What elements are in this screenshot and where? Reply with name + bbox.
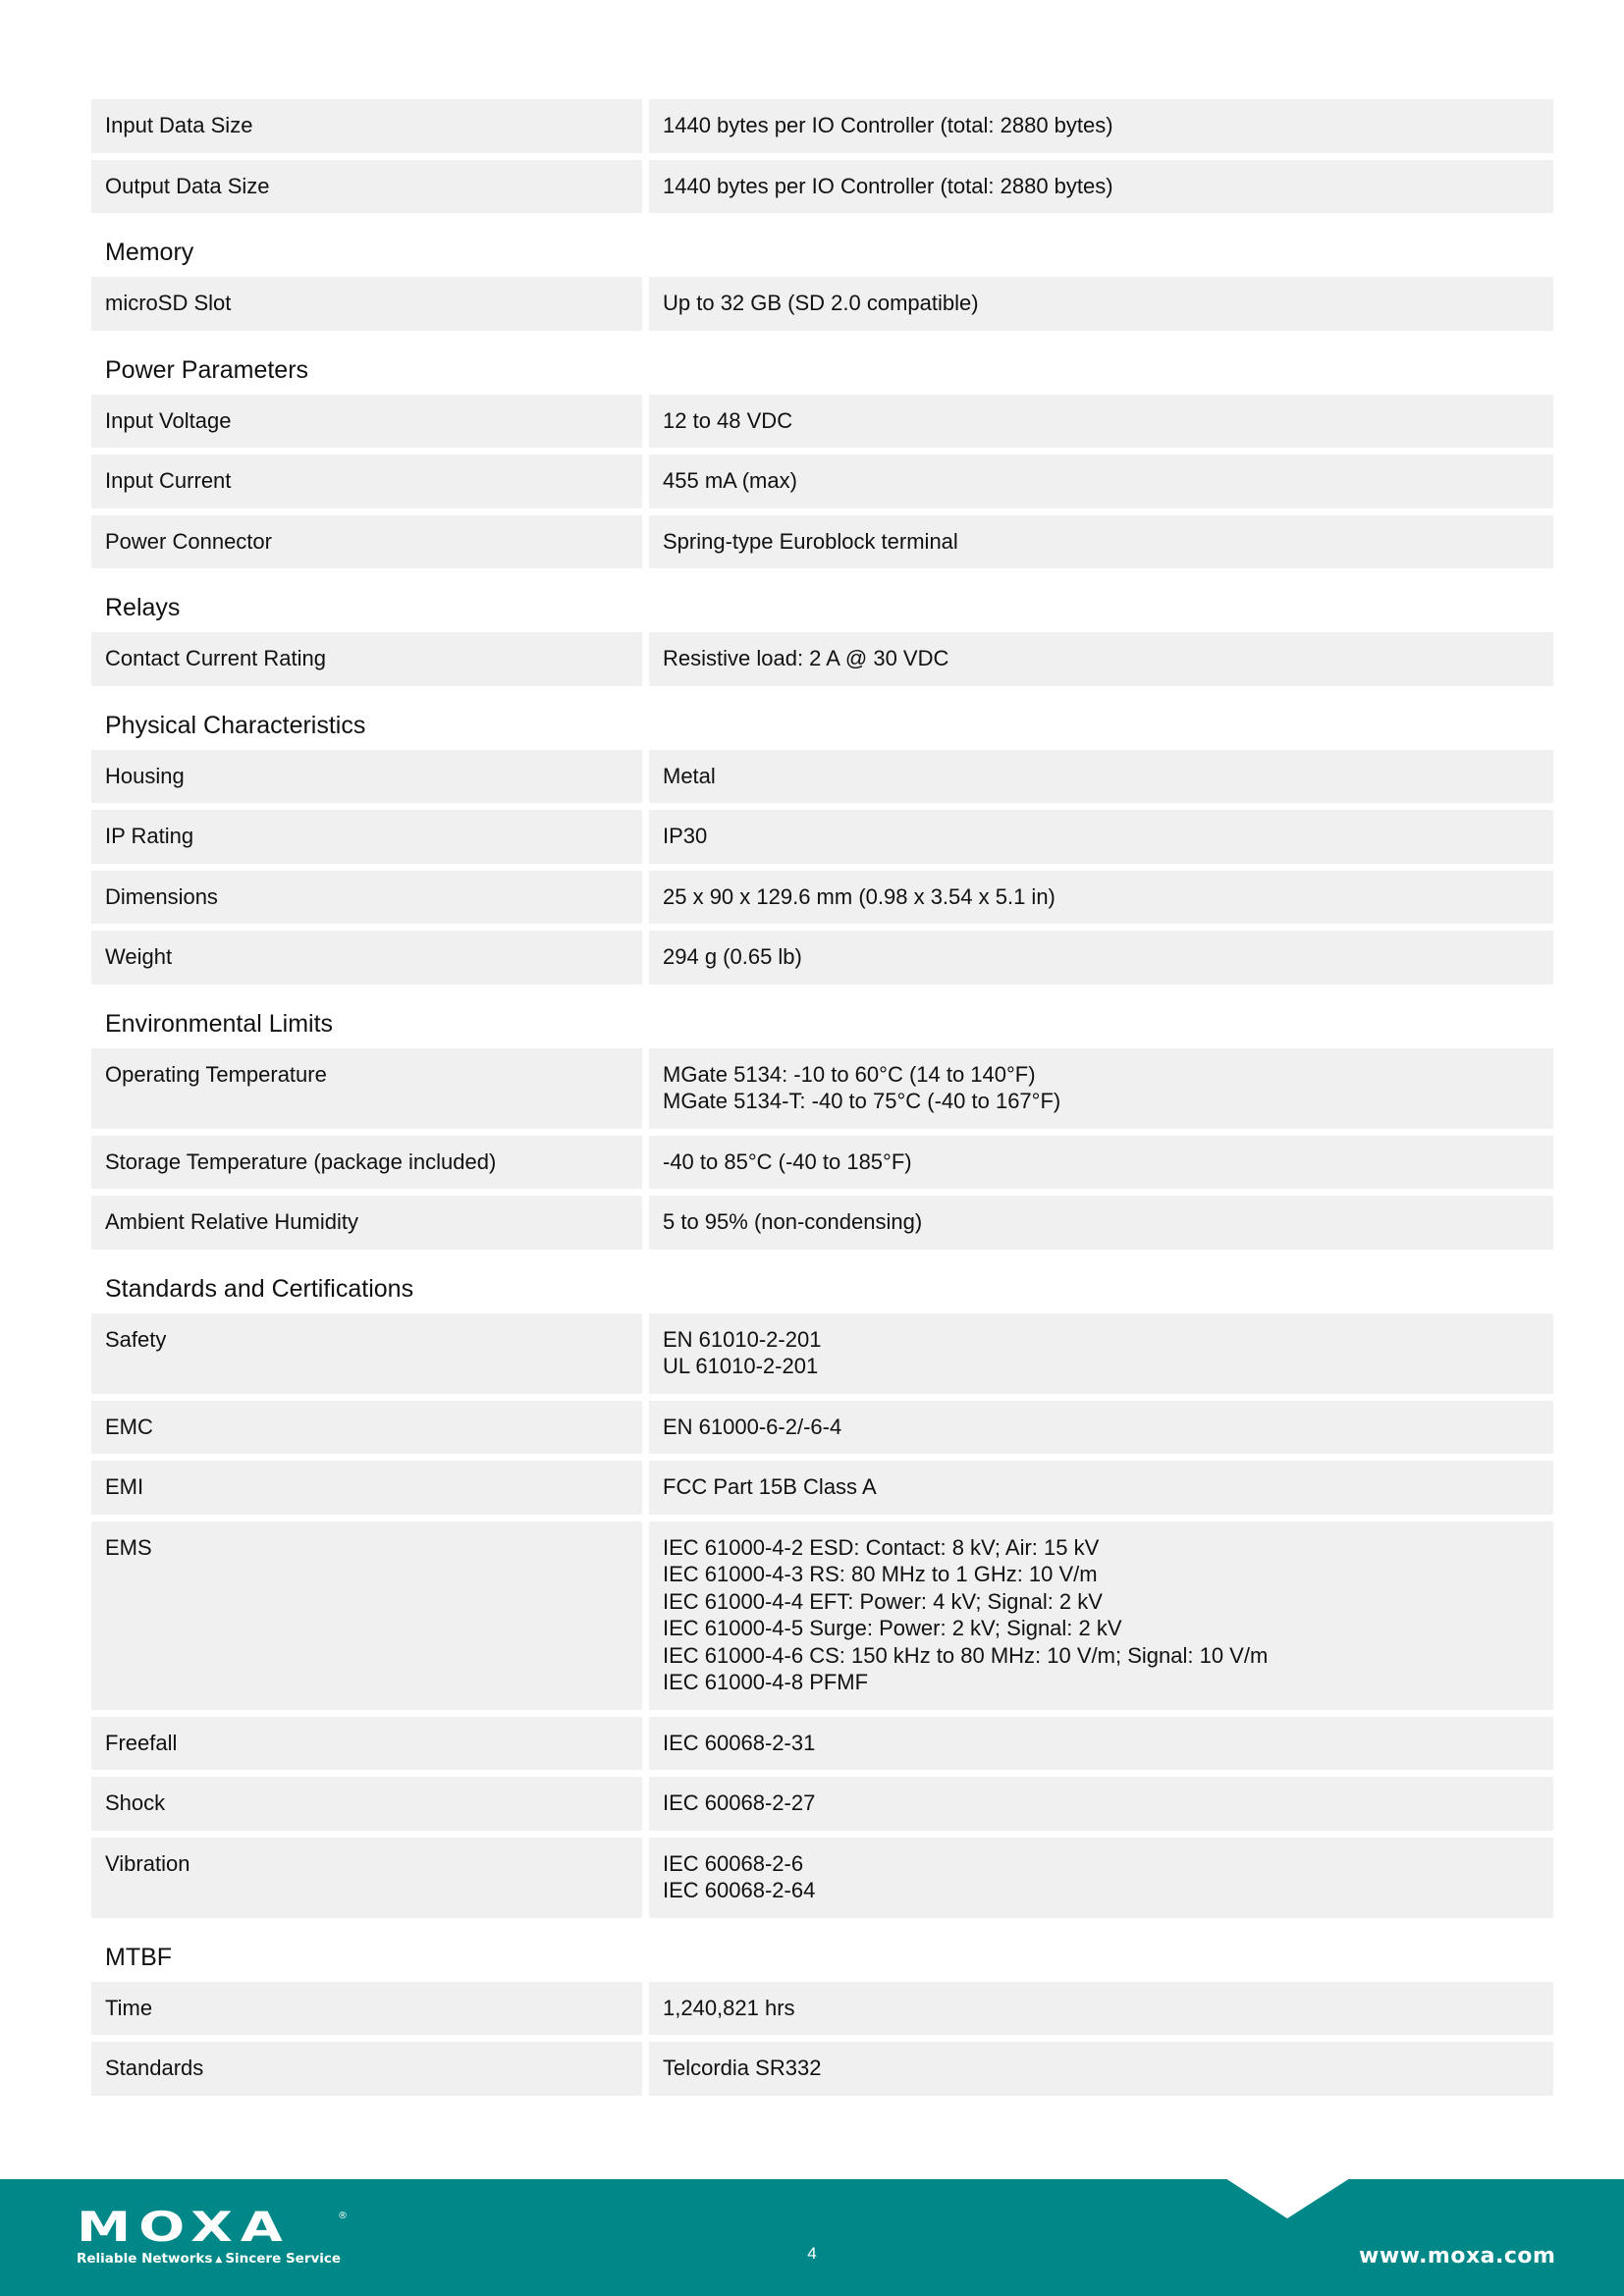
spec-row-weight: Weight294 g (0.65 lb) <box>91 931 1553 985</box>
spec-value-line: -40 to 85°C (-40 to 185°F) <box>663 1148 1540 1176</box>
spec-label: Storage Temperature (package included) <box>91 1136 642 1190</box>
spec-label: Shock <box>91 1777 642 1831</box>
spec-value-line: IEC 61000-4-6 CS: 150 kHz to 80 MHz: 10 … <box>663 1642 1540 1670</box>
spec-value: 455 mA (max) <box>649 454 1553 508</box>
spec-value: -40 to 85°C (-40 to 185°F) <box>649 1136 1553 1190</box>
spec-value: 5 to 95% (non-condensing) <box>649 1196 1553 1250</box>
spec-row-safety: SafetyEN 61010-2-201UL 61010-2-201 <box>91 1313 1553 1394</box>
spec-row-emc: EMCEN 61000-6-2/-6-4 <box>91 1401 1553 1455</box>
spec-value: Resistive load: 2 A @ 30 VDC <box>649 632 1553 686</box>
spec-value: Metal <box>649 750 1553 804</box>
spec-value-line: 1440 bytes per IO Controller (total: 288… <box>663 112 1540 139</box>
spec-value: FCC Part 15B Class A <box>649 1461 1553 1515</box>
spec-value-line: 12 to 48 VDC <box>663 407 1540 435</box>
spec-row-contact-current-rating: Contact Current RatingResistive load: 2 … <box>91 632 1553 686</box>
spec-value: Spring-type Euroblock terminal <box>649 515 1553 569</box>
spec-value-line: IEC 60068-2-6 <box>663 1850 1540 1878</box>
spec-value-line: IEC 61000-4-2 ESD: Contact: 8 kV; Air: 1… <box>663 1534 1540 1562</box>
spec-value: 294 g (0.65 lb) <box>649 931 1553 985</box>
spec-row-shock: ShockIEC 60068-2-27 <box>91 1777 1553 1831</box>
spec-row-storage-temperature-package-included: Storage Temperature (package included)-4… <box>91 1136 1553 1190</box>
spec-value: 1440 bytes per IO Controller (total: 288… <box>649 160 1553 214</box>
tagline-left: Reliable Networks <box>77 2251 212 2267</box>
spec-value: 12 to 48 VDC <box>649 395 1553 449</box>
registered-mark: ® <box>338 2211 348 2221</box>
spec-label: EMS <box>91 1522 642 1710</box>
spec-row-standards: StandardsTelcordia SR332 <box>91 2042 1553 2096</box>
spec-value-line: EN 61010-2-201 <box>663 1326 1540 1354</box>
spec-value-line: Up to 32 GB (SD 2.0 compatible) <box>663 290 1540 317</box>
spec-row-ems: EMSIEC 61000-4-2 ESD: Contact: 8 kV; Air… <box>91 1522 1553 1710</box>
triangle-icon: ▲ <box>215 2255 222 2265</box>
spec-value-line: FCC Part 15B Class A <box>663 1473 1540 1501</box>
section-heading-mtbf: MTBF <box>91 1925 1553 1982</box>
spec-value: IEC 61000-4-2 ESD: Contact: 8 kV; Air: 1… <box>649 1522 1553 1710</box>
moxa-logo: MOXA <box>77 2209 291 2246</box>
spec-label: Weight <box>91 931 642 985</box>
spec-value: 1440 bytes per IO Controller (total: 288… <box>649 99 1553 153</box>
spec-label: Ambient Relative Humidity <box>91 1196 642 1250</box>
spec-value: EN 61010-2-201UL 61010-2-201 <box>649 1313 1553 1394</box>
spec-row-housing: HousingMetal <box>91 750 1553 804</box>
spec-label: microSD Slot <box>91 277 642 331</box>
section-heading-environmental-limits: Environmental Limits <box>91 991 1553 1048</box>
spec-row-ambient-relative-humidity: Ambient Relative Humidity5 to 95% (non-c… <box>91 1196 1553 1250</box>
section-heading-relays: Relays <box>91 575 1553 632</box>
spec-label: Operating Temperature <box>91 1048 642 1129</box>
spec-row-dimensions: Dimensions25 x 90 x 129.6 mm (0.98 x 3.5… <box>91 871 1553 925</box>
spec-label: Safety <box>91 1313 642 1394</box>
spec-row-operating-temperature: Operating TemperatureMGate 5134: -10 to … <box>91 1048 1553 1129</box>
spec-value-line: UL 61010-2-201 <box>663 1353 1540 1380</box>
spec-value: 25 x 90 x 129.6 mm (0.98 x 3.54 x 5.1 in… <box>649 871 1553 925</box>
spec-value-line: IEC 60068-2-64 <box>663 1877 1540 1904</box>
spec-value: Up to 32 GB (SD 2.0 compatible) <box>649 277 1553 331</box>
page-number: 4 <box>805 2244 819 2264</box>
website-link[interactable]: www.moxa.com <box>1359 2244 1555 2269</box>
spec-value-line: 294 g (0.65 lb) <box>663 943 1540 971</box>
spec-row-power-connector: Power ConnectorSpring-type Euroblock ter… <box>91 515 1553 569</box>
spec-value: IEC 60068-2-31 <box>649 1717 1553 1771</box>
spec-value-line: 5 to 95% (non-condensing) <box>663 1208 1540 1236</box>
spec-row-input-current: Input Current455 mA (max) <box>91 454 1553 508</box>
spec-label: Dimensions <box>91 871 642 925</box>
spec-row-input-voltage: Input Voltage12 to 48 VDC <box>91 395 1553 449</box>
spec-label: Freefall <box>91 1717 642 1771</box>
spec-row-output-data-size: Output Data Size1440 bytes per IO Contro… <box>91 160 1553 214</box>
spec-value-line: IEC 61000-4-3 RS: 80 MHz to 1 GHz: 10 V/… <box>663 1561 1540 1588</box>
spec-value: IEC 60068-2-6IEC 60068-2-64 <box>649 1838 1553 1918</box>
spec-label: Input Data Size <box>91 99 642 153</box>
spec-row-ip-rating: IP RatingIP30 <box>91 810 1553 864</box>
spec-value-line: Resistive load: 2 A @ 30 VDC <box>663 645 1540 672</box>
section-heading-memory: Memory <box>91 220 1553 277</box>
spec-label: Contact Current Rating <box>91 632 642 686</box>
spec-value: EN 61000-6-2/-6-4 <box>649 1401 1553 1455</box>
spec-label: Time <box>91 1982 642 2036</box>
spec-value-line: 455 mA (max) <box>663 467 1540 495</box>
spec-row-vibration: VibrationIEC 60068-2-6IEC 60068-2-64 <box>91 1838 1553 1918</box>
spec-row-freefall: FreefallIEC 60068-2-31 <box>91 1717 1553 1771</box>
tagline: Reliable Networks▲Sincere Service <box>77 2251 341 2267</box>
spec-value: 1,240,821 hrs <box>649 1982 1553 2036</box>
tagline-right: Sincere Service <box>225 2251 341 2267</box>
spec-sheet: Input Data Size1440 bytes per IO Control… <box>91 99 1553 2096</box>
spec-value-line: IP30 <box>663 823 1540 850</box>
spec-value-line: IEC 60068-2-27 <box>663 1789 1540 1817</box>
spec-value-line: MGate 5134: -10 to 60°C (14 to 140°F) <box>663 1061 1540 1089</box>
spec-value-line: 1440 bytes per IO Controller (total: 288… <box>663 173 1540 200</box>
footer-notch-decoration <box>1225 2178 1350 2218</box>
section-heading-standards-and-certifications: Standards and Certifications <box>91 1256 1553 1313</box>
spec-label: IP Rating <box>91 810 642 864</box>
spec-value-line: Telcordia SR332 <box>663 2055 1540 2082</box>
spec-row-time: Time1,240,821 hrs <box>91 1982 1553 2036</box>
spec-label: Housing <box>91 750 642 804</box>
spec-row-input-data-size: Input Data Size1440 bytes per IO Control… <box>91 99 1553 153</box>
spec-label: Power Connector <box>91 515 642 569</box>
spec-row-microsd-slot: microSD SlotUp to 32 GB (SD 2.0 compatib… <box>91 277 1553 331</box>
spec-value-line: MGate 5134-T: -40 to 75°C (-40 to 167°F) <box>663 1088 1540 1115</box>
spec-value-line: 1,240,821 hrs <box>663 1995 1540 2022</box>
spec-value-line: Spring-type Euroblock terminal <box>663 528 1540 556</box>
spec-value: Telcordia SR332 <box>649 2042 1553 2096</box>
section-heading-power-parameters: Power Parameters <box>91 338 1553 395</box>
spec-value: IEC 60068-2-27 <box>649 1777 1553 1831</box>
spec-value-line: 25 x 90 x 129.6 mm (0.98 x 3.54 x 5.1 in… <box>663 883 1540 911</box>
spec-label: Output Data Size <box>91 160 642 214</box>
spec-value-line: IEC 61000-4-4 EFT: Power: 4 kV; Signal: … <box>663 1588 1540 1616</box>
section-heading-physical-characteristics: Physical Characteristics <box>91 693 1553 750</box>
spec-label: Standards <box>91 2042 642 2096</box>
spec-label: EMI <box>91 1461 642 1515</box>
spec-value-line: IEC 61000-4-8 PFMF <box>663 1669 1540 1696</box>
spec-label: Input Current <box>91 454 642 508</box>
spec-label: Input Voltage <box>91 395 642 449</box>
spec-value-line: IEC 61000-4-5 Surge: Power: 2 kV; Signal… <box>663 1615 1540 1642</box>
spec-row-emi: EMIFCC Part 15B Class A <box>91 1461 1553 1515</box>
spec-value-line: IEC 60068-2-31 <box>663 1730 1540 1757</box>
spec-value-line: Metal <box>663 763 1540 790</box>
spec-value: IP30 <box>649 810 1553 864</box>
spec-value: MGate 5134: -10 to 60°C (14 to 140°F)MGa… <box>649 1048 1553 1129</box>
spec-label: EMC <box>91 1401 642 1455</box>
spec-label: Vibration <box>91 1838 642 1918</box>
spec-value-line: EN 61000-6-2/-6-4 <box>663 1414 1540 1441</box>
